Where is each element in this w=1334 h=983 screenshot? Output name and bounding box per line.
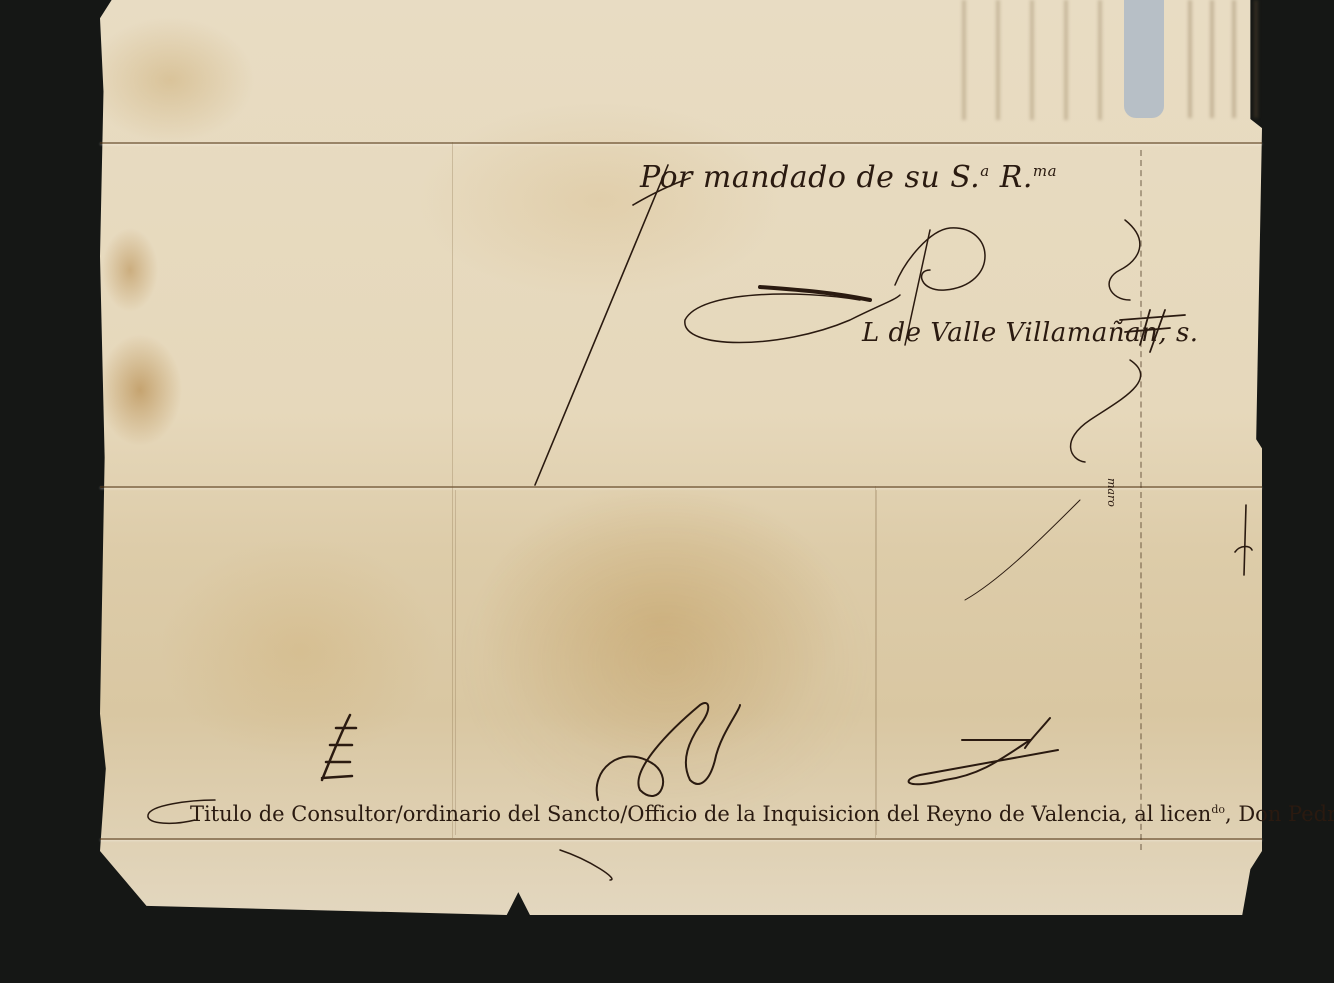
left-rubric-stroke	[322, 715, 356, 780]
title-text-part2: , Don Pedro San	[1225, 802, 1334, 826]
secretary-signature: L de Valle Villamañan, s.	[862, 318, 1199, 348]
authorization-superscript: a	[980, 162, 989, 180]
title-superscript: do	[1211, 803, 1225, 816]
ink-flourishes	[0, 0, 1334, 983]
authorization-suffix: R.	[1000, 160, 1033, 195]
por-descender-stroke	[535, 165, 668, 485]
document-title-line: Titulo de Consultor/ordinario del Sancto…	[190, 802, 1334, 826]
authorization-text: Por mandado de su S.	[640, 160, 980, 195]
right-rubric-stroke	[909, 718, 1058, 784]
center-rubric-stroke	[597, 703, 740, 800]
authorization-suffix-superscript: ma	[1033, 162, 1057, 180]
margin-note: maro	[1105, 478, 1118, 507]
authorization-line: Por mandado de su S.a R.ma	[640, 160, 1057, 195]
margin-cross-mark	[1235, 505, 1252, 575]
title-text-part1: Titulo de Consultor/ordinario del Sancto…	[190, 802, 1211, 826]
